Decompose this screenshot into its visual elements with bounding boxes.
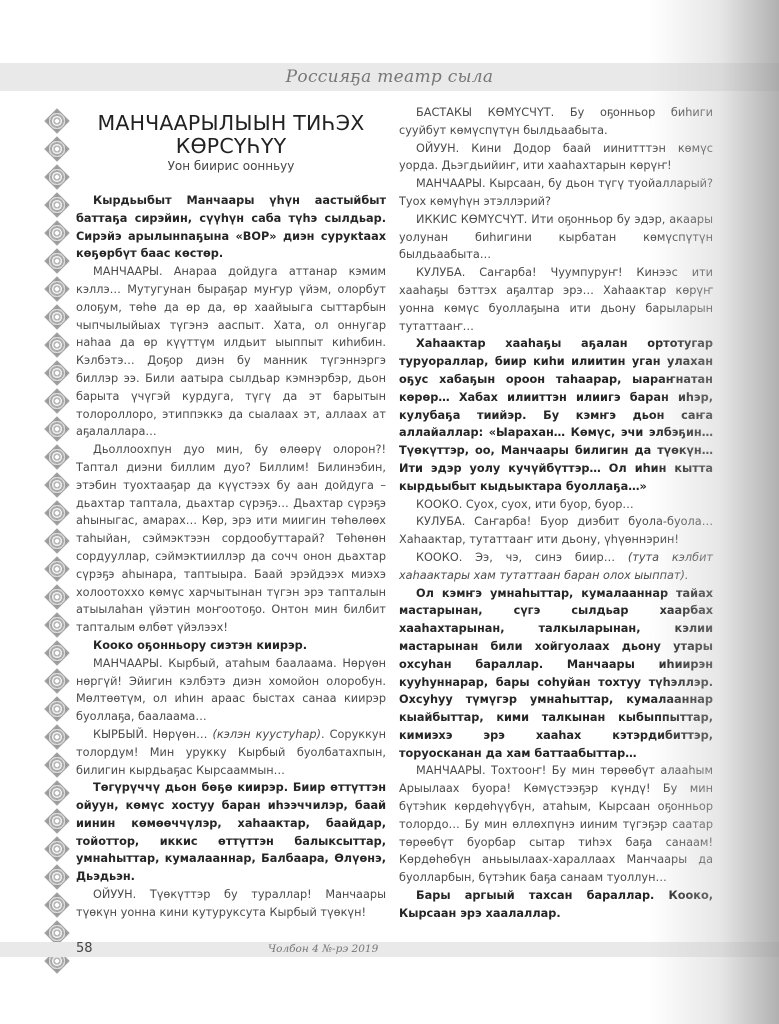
diamond-ornament-icon: [44, 360, 69, 385]
diamond-ornament-icon: [44, 136, 69, 161]
dialogue-paragraph: МАНЧААРЫ. Кырсаан, бу дьон түгү туойалла…: [399, 175, 713, 211]
left-column-body: Кырдьыбыт Манчаары үһүн аастыйбыт баттаҕ…: [76, 192, 386, 922]
stage-remark: (кэлэн куустуһар): [212, 728, 321, 741]
diamond-ornament-icon: [44, 332, 69, 357]
dialogue-paragraph: МАНЧААРЫ. Анараа дойдуга аттанар кэмим к…: [76, 263, 386, 441]
diamond-ornament-icon: [44, 108, 69, 133]
stage-direction-paragraph: Ол кэмҥэ умнаһыттар, кумалааннар тайах м…: [399, 585, 713, 763]
left-column: МАНЧААРЫЛЫЫН ТИҺЭХ КӨРСҮҺҮҮ Уон биирис о…: [76, 112, 386, 922]
diamond-ornament-icon: [44, 220, 69, 245]
dialogue-paragraph: ОЙУУН. Түөкүттэр бу тураллар! Манчаары т…: [76, 886, 386, 922]
diamond-ornament-icon: [44, 248, 69, 273]
diamond-ornament-icon: [44, 444, 69, 469]
diamond-ornament-icon: [44, 892, 69, 917]
dialogue-paragraph: КЫРБЫЙ. Нөрүөн… (кэлэн куустуһар). Сорук…: [76, 726, 386, 779]
diamond-ornament-icon: [44, 752, 69, 777]
stage-direction-paragraph: Кооко оҕонньору сиэтэн киирэр.: [76, 637, 386, 655]
diamond-ornament-icon: [44, 836, 69, 861]
stage-direction-paragraph: Төгүрүччү дьон бөҕө киирэр. Биир өттүттэ…: [76, 779, 386, 886]
dialogue-text: КООКО. Ээ, чэ, синэ биир…: [416, 551, 628, 564]
dialogue-text: КЫРБЫЙ. Нөрүөн…: [93, 728, 212, 741]
dialogue-paragraph: Дьоллоохпун дуо мин, бу өлөөрү олорон?! …: [76, 441, 386, 637]
diamond-ornament-icon: [44, 528, 69, 553]
diamond-ornament-icon: [44, 304, 69, 329]
diamond-ornament-icon: [44, 500, 69, 525]
right-column-body: БАСТАКЫ КӨМҮСЧҮТ. Бу оҕонньор биһиги суу…: [399, 104, 713, 923]
diamond-ornament-icon: [44, 416, 69, 441]
publication-title: Чолбон 4 №-рэ 2019: [268, 941, 378, 957]
diamond-ornament-icon: [44, 640, 69, 665]
diamond-ornament-icon: [44, 556, 69, 581]
dialogue-paragraph: КУЛУБА. Саҥарба! Буор диэбит буола-буола…: [399, 513, 713, 549]
right-column: БАСТАКЫ КӨМҮСЧҮТ. Бу оҕонньор биһиги суу…: [399, 104, 713, 923]
diamond-ornament-icon: [44, 584, 69, 609]
diamond-ornament-icon: [44, 864, 69, 889]
article-title: МАНЧААРЫЛЫЫН ТИҺЭХ КӨРСҮҺҮҮ: [76, 112, 386, 158]
article-subtitle: Уон биирис оонньуу: [76, 158, 386, 174]
diamond-ornament-icon: [44, 724, 69, 749]
dialogue-paragraph: ОЙУУН. Кини Додор баай иинитттэн көмүс у…: [399, 140, 713, 176]
footer-band: [0, 942, 779, 957]
diamond-ornament-icon: [44, 388, 69, 413]
diamond-ornament-icon: [44, 192, 69, 217]
stage-direction-paragraph: Бары аргыый тахсан бараллар. Кооко, Кырс…: [399, 887, 713, 923]
dialogue-paragraph: КУЛУБА. Саҥарба! Чуумпуруҥ! Кинээс ити х…: [399, 264, 713, 335]
diamond-ornament-icon: [44, 612, 69, 637]
decorative-diamond-border: [44, 112, 70, 980]
dialogue-paragraph: МАНЧААРЫ. Кырбый, атаһым баалаама. Нөрүө…: [76, 655, 386, 726]
page-number: 58: [76, 940, 93, 958]
diamond-ornament-icon: [44, 164, 69, 189]
diamond-ornament-icon: [44, 780, 69, 805]
diamond-ornament-icon: [44, 472, 69, 497]
diamond-ornament-icon: [44, 276, 69, 301]
dialogue-paragraph: ИККИС КӨМҮСЧҮТ. Ити оҕонньор бу эдэр, ак…: [399, 211, 713, 264]
diamond-ornament-icon: [44, 808, 69, 833]
stage-direction-paragraph: Хаһаактар хааһаҕы аҕалан ортотугар туруо…: [399, 335, 713, 495]
stage-direction-paragraph: Кырдьыбыт Манчаары үһүн аастыйбыт баттаҕ…: [76, 192, 386, 263]
diamond-ornament-icon: [44, 696, 69, 721]
dialogue-paragraph: БАСТАКЫ КӨМҮСЧҮТ. Бу оҕонньор биһиги суу…: [399, 104, 713, 140]
diamond-ornament-icon: [44, 668, 69, 693]
section-title: Россияҕа театр сыла: [0, 63, 779, 91]
dialogue-paragraph: МАНЧААРЫ. Тохтооҥ! Бу мин төрөөбүт алааһ…: [399, 762, 713, 887]
dialogue-paragraph: КООКО. Ээ, чэ, синэ биир… (тута кэлбит х…: [399, 549, 713, 585]
dialogue-paragraph: КООКО. Суох, суох, ити буор, буор…: [399, 496, 713, 514]
